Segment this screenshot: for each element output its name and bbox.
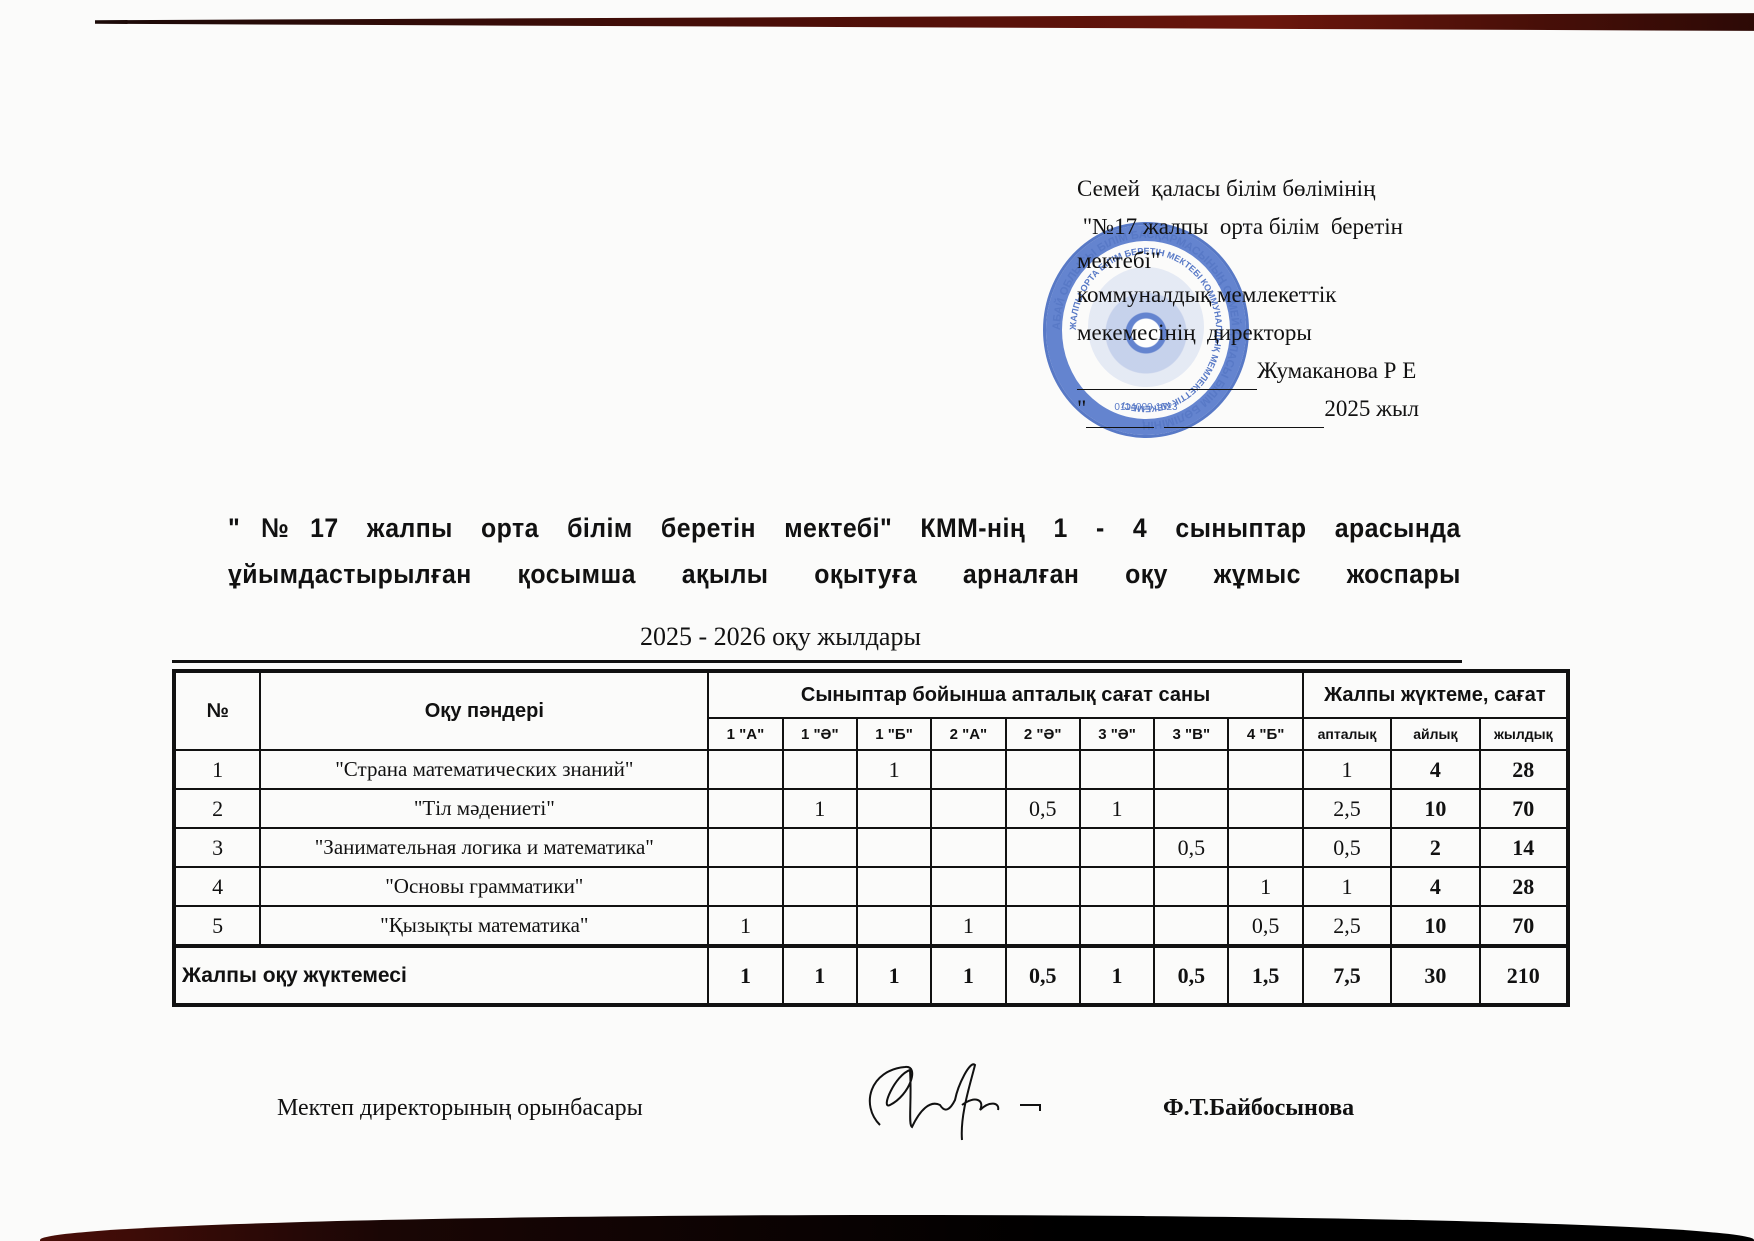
approval-line: мектебі"	[1077, 246, 1537, 276]
class-hours-cell	[1154, 789, 1228, 828]
row-number: 2	[174, 789, 260, 828]
class-hours-cell	[708, 750, 782, 789]
table-row: 5"Қызықты математика"110,52,51070	[174, 906, 1568, 946]
yearly-hours-cell: 70	[1480, 906, 1568, 946]
yearly-hours-cell: 14	[1480, 828, 1568, 867]
total-class-cell: 0,5	[1006, 946, 1080, 1005]
handwritten-signature-icon	[850, 1055, 1080, 1145]
total-class-cell: 1	[783, 946, 857, 1005]
monthly-hours-cell: 10	[1391, 906, 1479, 946]
table-row: 4"Основы грамматики"11428	[174, 867, 1568, 906]
total-class-cell: 1	[931, 946, 1005, 1005]
class-hours-cell	[931, 789, 1005, 828]
month-blank	[1164, 397, 1324, 428]
approval-line: "№17 жалпы орта білім беретін	[1077, 208, 1537, 246]
class-hours-cell	[1154, 906, 1228, 946]
class-hours-cell	[857, 789, 931, 828]
class-hours-cell	[1006, 750, 1080, 789]
header-class: 3 "Ә"	[1080, 718, 1154, 750]
class-hours-cell: 0,5	[1006, 789, 1080, 828]
weekly-hours-cell: 0,5	[1303, 828, 1391, 867]
class-hours-cell	[857, 867, 931, 906]
class-hours-cell	[1154, 750, 1228, 789]
class-hours-cell	[1228, 750, 1302, 789]
header-class: 3 "В"	[1154, 718, 1228, 750]
class-hours-cell	[931, 867, 1005, 906]
header-subject: Оқу пәндері	[260, 671, 708, 750]
academic-year: 2025 - 2026 оқу жылдары	[640, 622, 921, 652]
approval-year: 2025 жыл	[1324, 390, 1419, 428]
header-class: 2 "А"	[931, 718, 1005, 750]
date-quote: "	[1077, 390, 1086, 428]
row-number: 3	[174, 828, 260, 867]
approval-line: Семей қаласы білім бөлімінің	[1077, 170, 1537, 208]
class-hours-cell	[708, 828, 782, 867]
weekly-hours-cell: 1	[1303, 867, 1391, 906]
subject-name: "Қызықты математика"	[260, 906, 708, 946]
title-line-2: ұйымдастырылған қосымша ақылы оқытуға ар…	[228, 551, 1461, 597]
header-class: 1 "Ә"	[783, 718, 857, 750]
class-hours-cell	[1080, 906, 1154, 946]
class-hours-cell	[708, 867, 782, 906]
class-hours-cell	[708, 789, 782, 828]
class-hours-cell	[1228, 828, 1302, 867]
total-label: Жалпы оқу жүктемесі	[174, 946, 708, 1005]
class-hours-cell	[1006, 867, 1080, 906]
monthly-hours-cell: 4	[1391, 867, 1479, 906]
table-row: 3"Занимательная логика и математика"0,50…	[174, 828, 1568, 867]
monthly-hours-cell: 10	[1391, 789, 1479, 828]
subject-name: "Тіл мәдениеті"	[260, 789, 708, 828]
class-hours-cell: 1	[1080, 789, 1154, 828]
total-monthly-cell: 30	[1391, 946, 1479, 1005]
header-class: 1 "Б"	[857, 718, 931, 750]
class-hours-cell	[783, 867, 857, 906]
weekly-hours-cell: 2,5	[1303, 789, 1391, 828]
header-class: 2 "Ә"	[1006, 718, 1080, 750]
class-hours-cell: 1	[857, 750, 931, 789]
class-hours-cell	[1006, 906, 1080, 946]
table-row: 1"Страна математических знаний"11428	[174, 750, 1568, 789]
class-hours-cell	[1080, 750, 1154, 789]
weekly-hours-cell: 2,5	[1303, 906, 1391, 946]
class-hours-cell	[1154, 867, 1228, 906]
class-hours-cell	[1080, 867, 1154, 906]
monthly-hours-cell: 4	[1391, 750, 1479, 789]
day-blank	[1086, 397, 1154, 428]
director-signature-line: Жумаканова Р Е	[1077, 352, 1537, 390]
approval-block: Семей қаласы білім бөлімінің "№17 жалпы …	[1077, 170, 1537, 428]
class-hours-cell: 1	[931, 906, 1005, 946]
header-total-period: айлық	[1391, 718, 1479, 750]
total-class-cell: 1,5	[1228, 946, 1302, 1005]
class-hours-cell: 1	[1228, 867, 1302, 906]
total-class-cell: 0,5	[1154, 946, 1228, 1005]
total-class-cell: 1	[857, 946, 931, 1005]
class-hours-cell	[783, 828, 857, 867]
class-hours-cell: 1	[708, 906, 782, 946]
header-total-period: апталық	[1303, 718, 1391, 750]
class-hours-cell	[1228, 789, 1302, 828]
deputy-director-name: Ф.Т.Байбосынова	[1163, 1095, 1354, 1122]
deputy-director-role: Мектеп директорының орынбасары	[277, 1095, 643, 1122]
table-row: 2"Тіл мәдениеті"10,512,51070	[174, 789, 1568, 828]
class-hours-cell: 0,5	[1154, 828, 1228, 867]
document-title: "№17 жалпы орта білім беретін мектебі" К…	[228, 505, 1461, 597]
subject-name: "Основы грамматики"	[260, 867, 708, 906]
header-total-group: Жалпы жүктеме, сағат	[1303, 671, 1568, 718]
row-number: 4	[174, 867, 260, 906]
class-hours-cell	[1080, 828, 1154, 867]
divider	[172, 660, 1462, 663]
row-number: 1	[174, 750, 260, 789]
weekly-hours-cell: 1	[1303, 750, 1391, 789]
class-hours-cell	[857, 906, 931, 946]
class-hours-cell	[783, 750, 857, 789]
row-number: 5	[174, 906, 260, 946]
yearly-hours-cell: 28	[1480, 867, 1568, 906]
class-hours-cell	[931, 750, 1005, 789]
approval-date-line: " 2025 жыл	[1077, 390, 1537, 428]
header-weekly-group: Сыныптар бойынша апталық сағат саны	[708, 671, 1303, 718]
yearly-hours-cell: 70	[1480, 789, 1568, 828]
total-yearly-cell: 210	[1480, 946, 1568, 1005]
class-hours-cell: 0,5	[1228, 906, 1302, 946]
total-row: Жалпы оқу жүктемесі11110,510,51,57,53021…	[174, 946, 1568, 1005]
class-hours-cell: 1	[783, 789, 857, 828]
class-hours-cell	[857, 828, 931, 867]
header-total-period: жылдық	[1480, 718, 1568, 750]
total-weekly-cell: 7,5	[1303, 946, 1391, 1005]
scan-edge-top	[95, 13, 1754, 31]
director-name: Жумаканова Р Е	[1257, 352, 1416, 390]
subject-name: "Занимательная логика и математика"	[260, 828, 708, 867]
header-class: 4 "Б"	[1228, 718, 1302, 750]
class-hours-cell	[783, 906, 857, 946]
class-hours-cell	[1006, 828, 1080, 867]
curriculum-table: № Оқу пәндері Сыныптар бойынша апталық с…	[172, 669, 1570, 1007]
class-hours-cell	[931, 828, 1005, 867]
header-class: 1 "А"	[708, 718, 782, 750]
approval-line: коммуналдық мемлекеттік	[1077, 276, 1537, 314]
yearly-hours-cell: 28	[1480, 750, 1568, 789]
subject-name: "Страна математических знаний"	[260, 750, 708, 789]
total-class-cell: 1	[1080, 946, 1154, 1005]
scan-edge-bottom	[40, 1215, 1754, 1241]
title-line-1: "№17 жалпы орта білім беретін мектебі" К…	[228, 505, 1461, 551]
signature-blank	[1077, 359, 1257, 390]
approval-line: мекемесінің директоры	[1077, 314, 1537, 352]
total-class-cell: 1	[708, 946, 782, 1005]
monthly-hours-cell: 2	[1391, 828, 1479, 867]
header-number: №	[174, 671, 260, 750]
